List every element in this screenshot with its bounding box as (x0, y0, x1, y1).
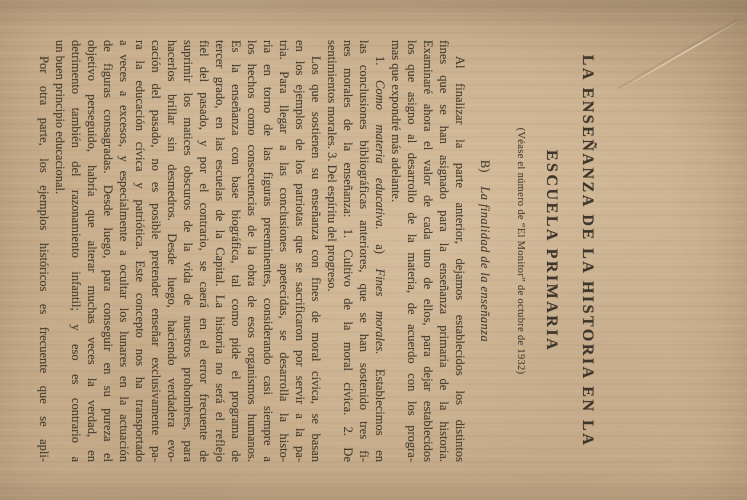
page-subtitle: (Véase el número de “El Monitor” de octu… (515, 40, 526, 462)
page-title-line2: ESCUELA PRIMARIA (543, 40, 559, 462)
text-line: ria en torno de las figuras preeminentes… (260, 40, 276, 462)
text-line: Al finalizar la parte anterior, dejamos … (452, 40, 468, 462)
text-line: tria. Para llegar a las conclusiones ape… (276, 40, 292, 462)
section-heading-prefix: B) (478, 160, 492, 173)
text-line: tercer grado, en las escuelas de la Capi… (212, 40, 228, 462)
text-line: hacerlos brillar sin desmedros. Desde lu… (164, 40, 180, 462)
text-line: 1. Como materia educativa. a) Fines mora… (372, 40, 388, 462)
text-line: detrimento también del razonamiento infa… (68, 40, 84, 462)
text-line: los hechos como consecuencias de la obra… (244, 40, 260, 462)
text-line: fiel del pasado, y por el contrario, se … (196, 40, 212, 462)
text-line: Es la enseñanza con base biográfica, tal… (228, 40, 244, 462)
scanned-page-image: LA ENSEÑANZA DE LA HISTORIA EN LA ESCUEL… (0, 0, 747, 500)
section-heading: B)La finalidad de la enseñanza (477, 40, 492, 462)
text-line: mas que expondré más adelante. (388, 40, 404, 462)
text-line: suprimir los matices obscuros de la vida… (180, 40, 196, 462)
text-line: a veces a excesos, y especialmente a ocu… (116, 40, 132, 462)
book-page: LA ENSEÑANZA DE LA HISTORIA EN LA ESCUEL… (0, 0, 747, 500)
text-line: un buen principio educacional. (52, 40, 68, 462)
section-heading-title: La finalidad de la enseñanza (478, 186, 492, 342)
text-line: cación del pasado, no es posible pretend… (148, 40, 164, 462)
text-line: Los que sostienen su enseñanza con fines… (308, 40, 324, 462)
text-line: nes morales de la enseñanza: 1. Cultivo … (340, 40, 356, 462)
text-line: ra la educación cívica y patriótica. Est… (132, 40, 148, 462)
text-line: las conclusiones bibliográficas anterior… (356, 40, 372, 462)
paper-crease (618, 20, 739, 91)
text-line: de figuras consagradas. Desde luego, par… (100, 40, 116, 462)
text-line: los que asigno al desarrollo de la mater… (404, 40, 420, 462)
text-line: en los ejemplos de los patriotas que se … (292, 40, 308, 462)
text-line: objetivo perseguido, habría que alterar … (84, 40, 100, 462)
body-text: Al finalizar la parte anterior, dejamos … (36, 40, 468, 462)
text-line: sentimientos morales. 3. Del espíritu de… (324, 40, 340, 462)
page-title-line1: LA ENSEÑANZA DE LA HISTORIA EN LA (579, 40, 595, 462)
text-line: fines que se han asignado para la enseña… (436, 40, 452, 462)
text-line: Examinaré ahora el valor de cada uno de … (420, 40, 436, 462)
text-line: Por otra parte, los ejemplos históricos … (36, 40, 52, 462)
